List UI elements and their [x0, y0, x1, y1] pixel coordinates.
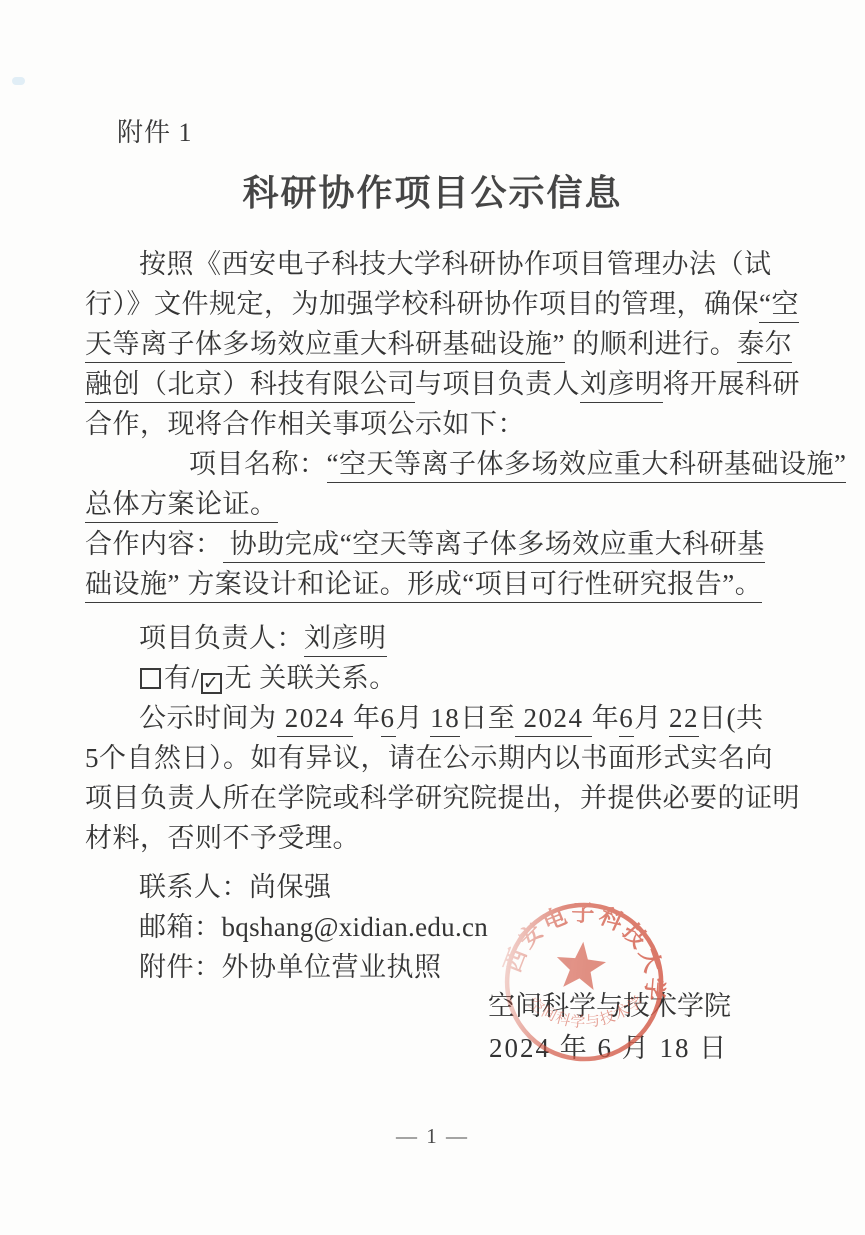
text-segment: 月 [634, 703, 669, 733]
text-segment: 项目名称： [189, 449, 327, 479]
text-segment: 邮箱： [139, 912, 222, 942]
body-line: 总体方案论证。 [85, 484, 810, 524]
text-segment: 天等离子体多场效应重大科研基础设施” [85, 329, 565, 363]
checkbox-checked: ✓ [201, 673, 222, 694]
text-segment: 合作内容： [85, 529, 223, 559]
body-line: 行）》文件规定，为加强学校科研协作项目的管理，确保“空 [85, 284, 810, 324]
body-line: 材料，否则不予受理。 [85, 818, 810, 858]
signature-organization: 空间科学与技术学院 [488, 984, 731, 1023]
text-segment: 总体方案论证。 [85, 489, 278, 523]
body-line: 5个自然日）。如有异议，请在公示期内以书面形式实名向 [85, 738, 810, 778]
body-line: 项目负责人：刘彦明 [85, 618, 810, 658]
text-segment: “空 [759, 289, 799, 323]
text-segment: 附件：外协单位营业执照 [139, 952, 442, 982]
text-segment: 日至 [460, 703, 515, 733]
body-line: 天等离子体多场效应重大科研基础设施” 的顺利进行。泰尔 [85, 324, 810, 364]
text-segment: 公示时间为 [139, 703, 277, 733]
body-line: 项目负责人所在学院或科学研究院提出，并提供必要的证明 [85, 778, 810, 818]
text-segment: 22 [669, 703, 699, 737]
body-line: 有/✓无 关联关系。 [85, 658, 810, 698]
text-segment: 合作，现将合作相关事项公示如下： [85, 409, 525, 439]
text-segment: 联系人：尚保强 [139, 872, 332, 902]
signature-date: 2024 年 6 月 18 日 [489, 1026, 728, 1065]
scan-smudge [12, 77, 25, 85]
text-segment: 础设施” 方案设计和论证。形成“项目可行性研究报告”。 [85, 569, 762, 603]
text-segment: 有/ [164, 663, 200, 693]
text-segment: 年 [592, 703, 620, 733]
text-segment: 与项目负责人 [415, 369, 580, 399]
text-segment: 材料，否则不予受理。 [85, 823, 360, 853]
body-line: 联系人：尚保强 [85, 867, 810, 907]
text-segment: 泰尔 [737, 329, 792, 363]
body-line: 础设施” 方案设计和论证。形成“项目可行性研究报告”。 [85, 564, 810, 604]
text-segment: bqshang@xidian.edu.cn [222, 912, 489, 942]
attachment-label: 附件 1 [117, 112, 193, 149]
text-segment: 融创（北京）科技有限公司 [85, 369, 415, 403]
document-page: 附件 1 科研协作项目公示信息 按照《西安电子科技大学科研协作项目管理办法（试行… [0, 0, 865, 1235]
body-line: 附件：外协单位营业执照 [85, 947, 810, 987]
text-segment: “空天等离子体多场效应重大科研基础设施” [327, 449, 847, 483]
document-title: 科研协作项目公示信息 [0, 165, 865, 216]
document-body: 按照《西安电子科技大学科研协作项目管理办法（试行）》文件规定，为加强学校科研协作… [85, 244, 810, 987]
body-line: 融创（北京）科技有限公司与项目负责人刘彦明将开展科研 [85, 364, 810, 404]
text-segment: 年 [353, 703, 381, 733]
text-segment: 行）》文件规定，为加强学校科研协作项目的管理，确保 [85, 289, 759, 319]
body-line: 公示时间为 2024 年6月 18日至 2024 年6月 22日(共 [85, 698, 810, 738]
text-segment: 无 关联关系。 [225, 663, 397, 693]
text-segment: 刘彦明 [580, 369, 663, 403]
checkbox-empty [140, 668, 161, 689]
text-segment: 协助完成“空天等离子体多场效应重大科研基 [223, 529, 765, 563]
text-segment: 的顺利进行。 [565, 329, 737, 359]
text-segment: 2024 [277, 703, 354, 737]
text-segment: 18 [430, 703, 460, 737]
text-segment: 6 [381, 703, 396, 737]
text-segment: 按照《西安电子科技大学科研协作项目管理办法（试 [139, 249, 772, 279]
text-segment: 项目负责人： [139, 623, 304, 653]
text-segment: 5个自然日）。如有异议，请在公示期内以书面形式实名向 [85, 743, 773, 773]
text-segment: 2024 [515, 703, 592, 737]
body-line: 项目名称：“空天等离子体多场效应重大科研基础设施” [85, 444, 810, 484]
text-segment: 项目负责人所在学院或科学研究院提出，并提供必要的证明 [85, 783, 800, 813]
text-segment: 月 [396, 703, 431, 733]
text-segment: 将开展科研 [663, 369, 801, 399]
text-segment: 日(共 [699, 703, 764, 733]
body-line: 合作内容： 协助完成“空天等离子体多场效应重大科研基 [85, 524, 810, 564]
text-segment: 刘彦明 [304, 623, 387, 657]
text-segment: 6 [619, 703, 634, 737]
body-line: 邮箱：bqshang@xidian.edu.cn [85, 907, 810, 947]
body-line: 按照《西安电子科技大学科研协作项目管理办法（试 [85, 244, 810, 284]
body-line: 合作，现将合作相关事项公示如下： [85, 404, 810, 444]
page-number: — 1 — [0, 1124, 865, 1149]
